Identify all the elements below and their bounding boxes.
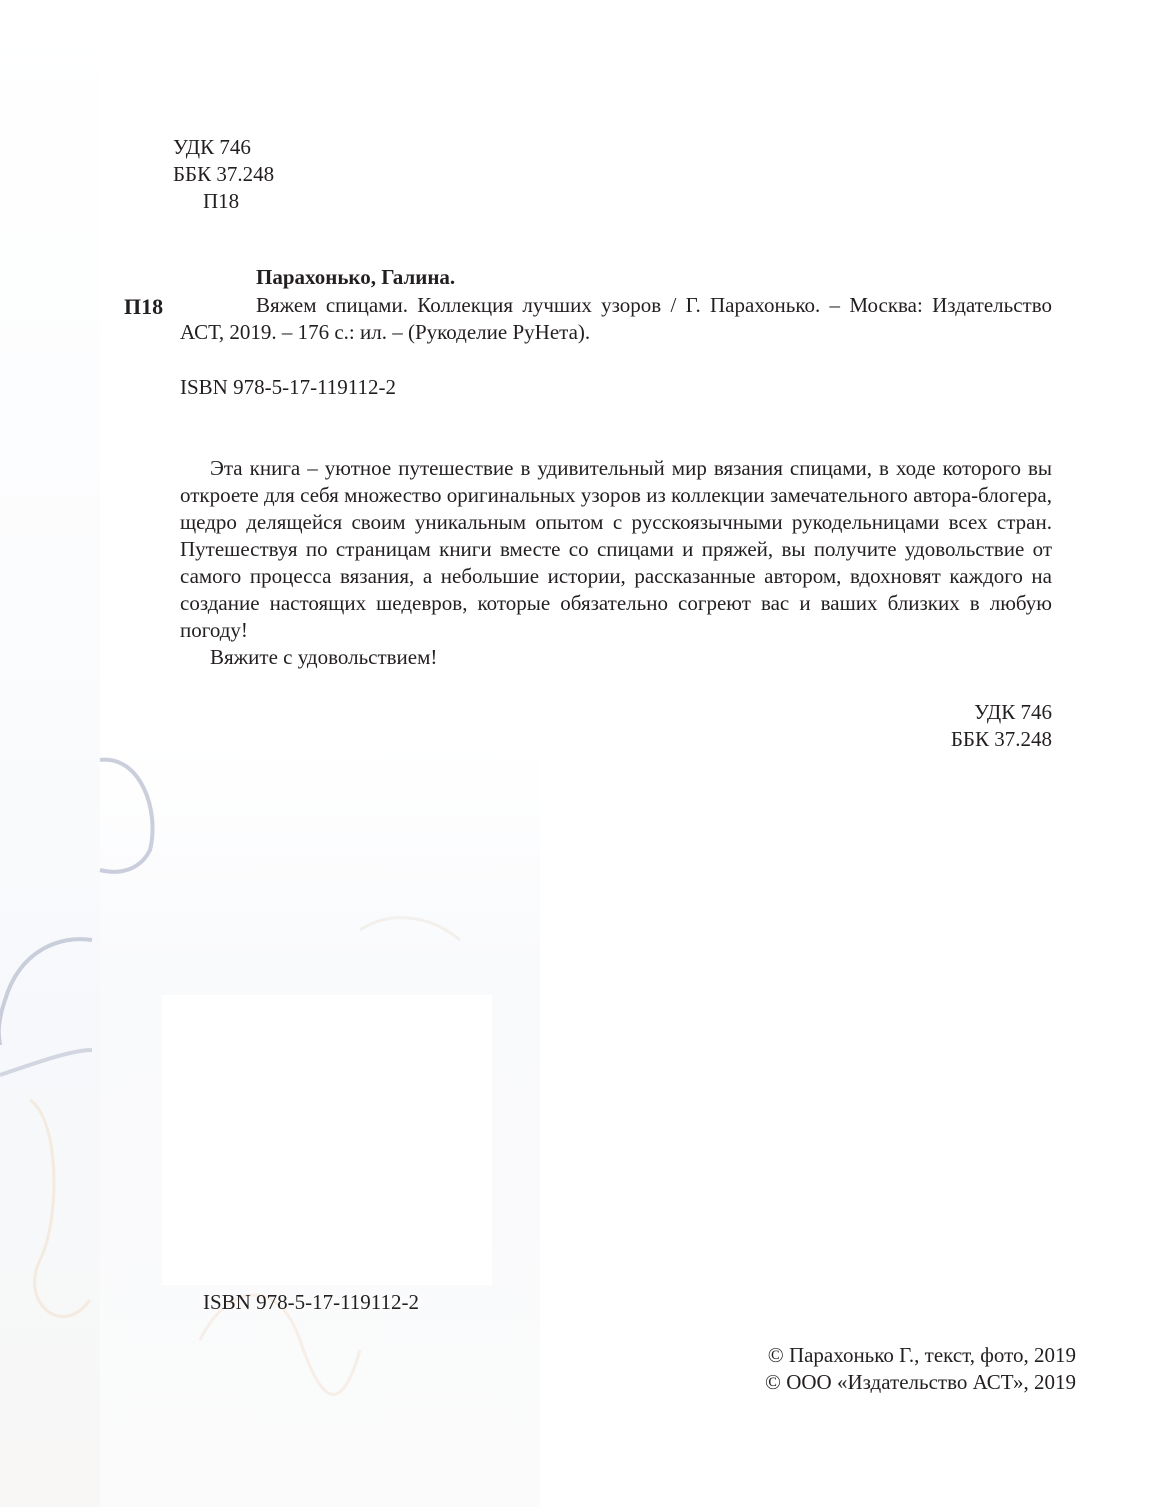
bbk-index: ББК 37.248 bbox=[173, 161, 274, 188]
classification-indexes-bottom: УДК 746 ББК 37.248 bbox=[860, 699, 1052, 753]
copyright-block: © Парахонько Г., текст, фото, 2019 © ООО… bbox=[680, 1342, 1076, 1396]
copyright-publisher: © ООО «Издательство АСТ», 2019 bbox=[680, 1369, 1076, 1396]
author-mark: П18 bbox=[173, 188, 274, 215]
copyright-author: © Парахонько Г., текст, фото, 2019 bbox=[680, 1342, 1076, 1369]
annotation-paragraph: Эта книга – уютное путешествие в удивите… bbox=[180, 455, 1052, 644]
isbn: ISBN 978-5-17-119112-2 bbox=[203, 1289, 419, 1316]
classification-indexes-top: УДК 746 ББК 37.248 П18 bbox=[173, 134, 274, 215]
bbk-index: ББК 37.248 bbox=[860, 726, 1052, 753]
udk-index: УДК 746 bbox=[860, 699, 1052, 726]
catalog-description: Вяжем спицами. Коллекция лучших узоров /… bbox=[180, 292, 1052, 346]
annotation: Эта книга – уютное путешествие в удивите… bbox=[180, 455, 1052, 671]
catalog-author-mark: П18 bbox=[124, 293, 163, 320]
background-white-patch bbox=[162, 995, 492, 1285]
catalog-author: Парахонько, Галина. bbox=[256, 264, 455, 291]
annotation-closing: Вяжите с удовольствием! bbox=[180, 644, 1052, 671]
udk-index: УДК 746 bbox=[173, 134, 274, 161]
catalog-isbn: ISBN 978-5-17-119112-2 bbox=[180, 374, 396, 401]
